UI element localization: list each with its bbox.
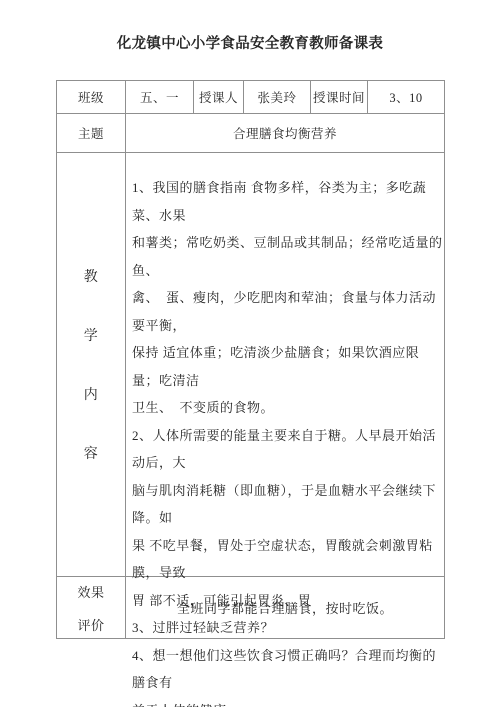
lesson-plan-table: 班级 五、一 授课人 张美玲 授课时间 3、10 主题 合理膳食均衡营养 教 学… bbox=[56, 80, 445, 639]
class-label: 班级 bbox=[57, 81, 126, 113]
evaluation-label: 效果 评价 bbox=[57, 577, 126, 638]
topic-row: 主题 合理膳食均衡营养 bbox=[57, 114, 444, 153]
evaluation-row: 效果 评价 全班同学都能合理膳食，按时吃饭。 bbox=[57, 577, 444, 638]
instructor-label: 授课人 bbox=[194, 81, 244, 113]
content-label-char-1: 教 bbox=[84, 266, 99, 286]
content-row: 教 学 内 容 1、我国的膳食指南 食物多样，谷类为主；多吃蔬菜、水果 和薯类；… bbox=[57, 153, 444, 577]
header-row: 班级 五、一 授课人 张美玲 授课时间 3、10 bbox=[57, 81, 444, 114]
instructor-value: 张美玲 bbox=[244, 81, 311, 113]
evaluation-value: 全班同学都能合理膳食，按时吃饭。 bbox=[126, 577, 444, 638]
class-value: 五、一 bbox=[126, 81, 194, 113]
content-label-char-2: 学 bbox=[84, 325, 99, 345]
evaluation-label-line-2: 评价 bbox=[77, 615, 104, 634]
topic-label: 主题 bbox=[57, 114, 126, 152]
time-label: 授课时间 bbox=[311, 81, 368, 113]
document-page: 化龙镇中心小学食品安全教育教师备课表 班级 五、一 授课人 张美玲 授课时间 3… bbox=[0, 0, 500, 707]
content-label-char-4: 容 bbox=[84, 443, 99, 463]
time-value: 3、10 bbox=[368, 81, 444, 113]
topic-value: 合理膳食均衡营养 bbox=[126, 114, 444, 152]
content-text: 1、我国的膳食指南 食物多样，谷类为主；多吃蔬菜、水果 和薯类；常吃奶类、豆制品… bbox=[126, 153, 444, 576]
page-title: 化龙镇中心小学食品安全教育教师备课表 bbox=[0, 32, 500, 53]
content-label-char-3: 内 bbox=[84, 384, 99, 404]
content-label: 教 学 内 容 bbox=[57, 153, 126, 576]
evaluation-label-line-1: 效果 bbox=[77, 582, 104, 601]
